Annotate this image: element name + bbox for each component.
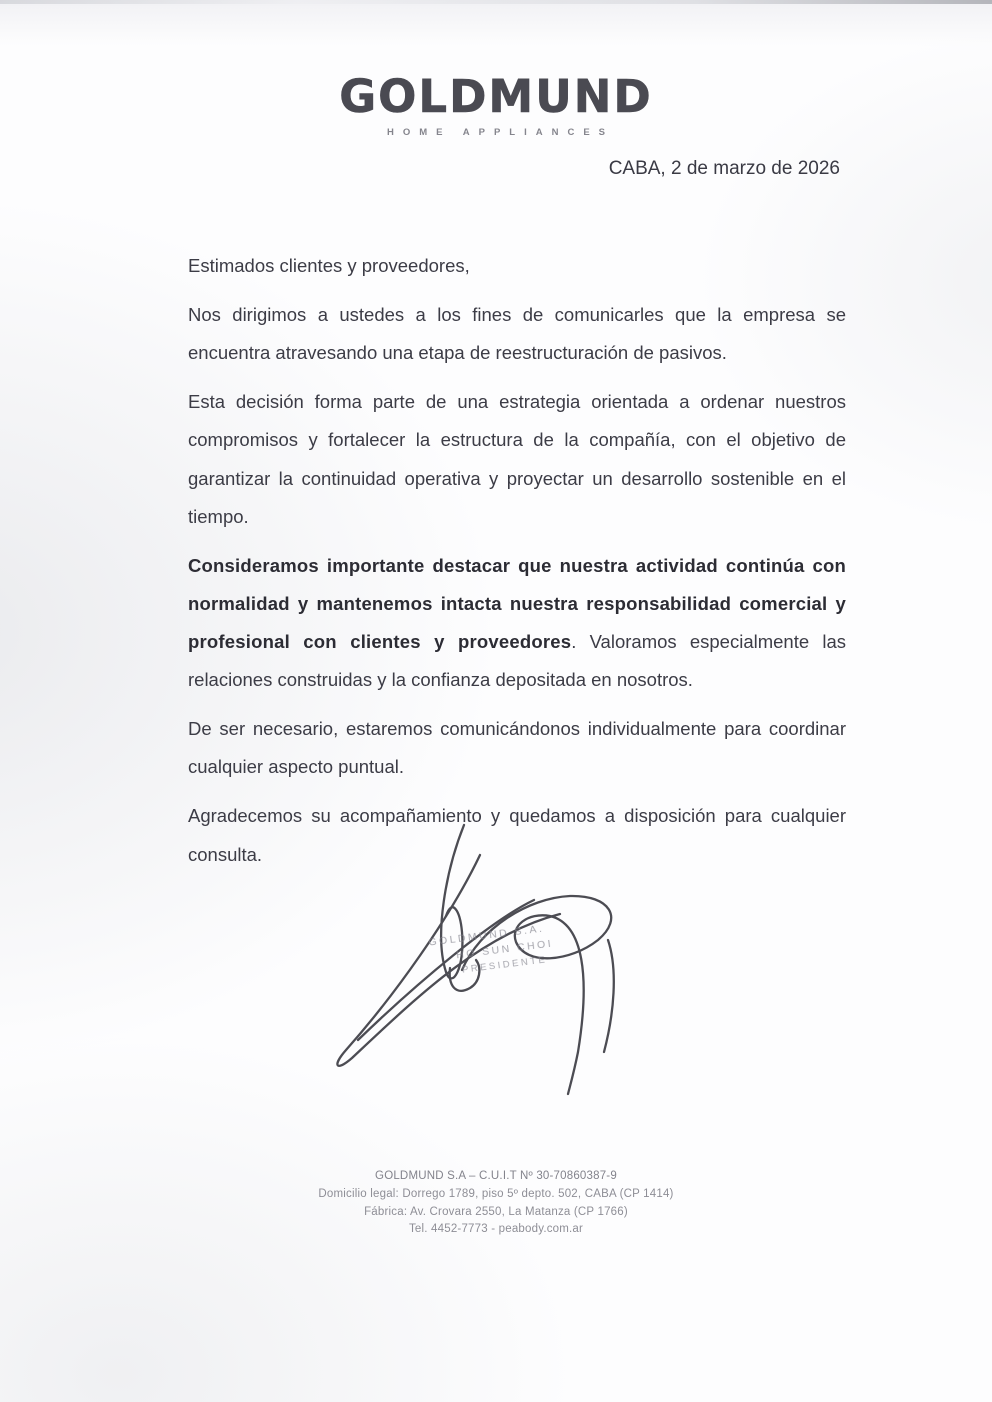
letter-body: Estimados clientes y proveedores, Nos di… xyxy=(188,247,846,885)
logo-tagline: HOME APPLIANCES xyxy=(0,127,992,138)
letterhead-footer: GOLDMUND S.A – C.U.I.T Nº 30-70860387-9 … xyxy=(0,1168,992,1239)
scan-artifact-top-edge xyxy=(0,0,992,4)
footer-company-cuit: GOLDMUND S.A – C.U.I.T Nº 30-70860387-9 xyxy=(0,1168,992,1186)
footer-phone-web: Tel. 4452-7773 - peabody.com.ar xyxy=(0,1221,992,1239)
footer-factory-address: Fábrica: Av. Crovara 2550, La Matanza (C… xyxy=(0,1204,992,1222)
paragraph-3: Consideramos importante destacar que nue… xyxy=(188,547,846,699)
signature-block: GOLDMUND S.A. HO SUN CHOI PRESIDENTE xyxy=(322,800,682,1100)
logo-wordmark: GOLDMUND xyxy=(0,70,992,123)
paragraph-2: Esta decisión forma parte de una estrate… xyxy=(188,383,846,535)
footer-legal-address: Domicilio legal: Dorrego 1789, piso 5º d… xyxy=(0,1186,992,1204)
paragraph-1: Nos dirigimos a ustedes a los fines de c… xyxy=(188,296,846,372)
paragraph-4: De ser necesario, estaremos comunicándon… xyxy=(188,710,846,786)
dateline: CABA, 2 de marzo de 2026 xyxy=(609,158,840,180)
company-logo: GOLDMUND HOME APPLIANCES xyxy=(0,70,992,138)
salutation: Estimados clientes y proveedores, xyxy=(188,247,846,285)
scanned-letter-page: GOLDMUND HOME APPLIANCES CABA, 2 de marz… xyxy=(0,0,992,1402)
